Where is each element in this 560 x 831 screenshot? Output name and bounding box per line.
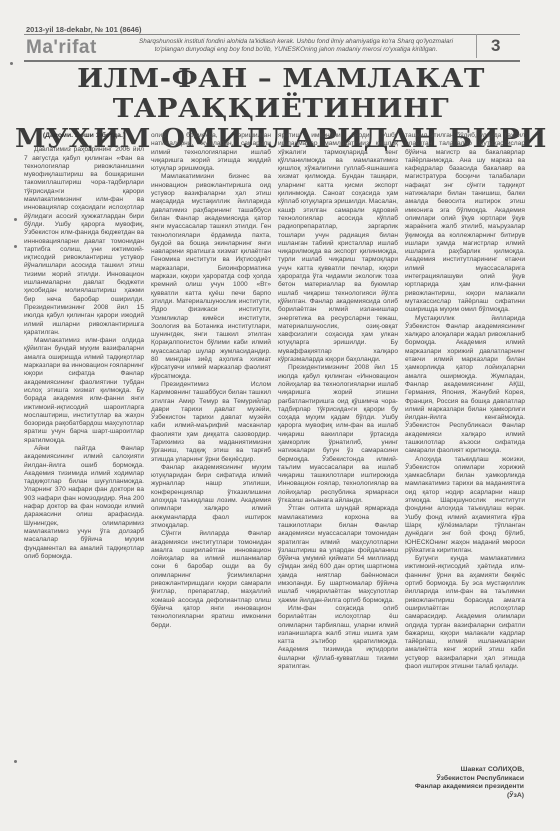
paragraph: Давлатимиз раҳбарининг 2006 йил 7 август… bbox=[24, 146, 144, 337]
paragraph: Айни пайтда Фанлар академиясининг илмий … bbox=[24, 445, 144, 561]
paragraph: яратиш имконини берди. Ушбу ишланмалар м… bbox=[278, 132, 398, 364]
newspaper-logo: Ma'rifat bbox=[26, 37, 97, 59]
article-column-1: (Давоми. Боши 1-бетда.) Давлатимиз раҳба… bbox=[24, 132, 144, 561]
binding-hole-mark bbox=[14, 245, 17, 248]
author-signature: Шавкат СОЛИҲОВ, Ўзбекистон Республикаси … bbox=[408, 766, 524, 800]
paragraph: Фанлар академиясининг муҳим ютуқларидан … bbox=[151, 464, 271, 530]
page-number: 3 bbox=[491, 36, 500, 56]
binding-hole-mark bbox=[10, 62, 13, 65]
news-source: (ЎзА) bbox=[408, 792, 524, 801]
paragraph: Бугунги кунда мамлакатимиз ижтимоий-иқти… bbox=[405, 555, 525, 671]
paragraph: Мамлакатимиз илм-фани олдида қўйилган бу… bbox=[24, 337, 144, 445]
paragraph: Президентимизнинг 2008 йил 15 июлда қабу… bbox=[278, 364, 398, 505]
article-column-4: ташкил этилган бўлиб, уларда таҳсил олаё… bbox=[405, 132, 525, 671]
paragraph: Ўтган олтита шундай ярмаркада мамлакатим… bbox=[278, 505, 398, 605]
paragraph: ташкил этилган бўлиб, уларда таҳсил олаё… bbox=[405, 132, 525, 315]
author-title-2: Фанлар академияси президенти bbox=[408, 783, 524, 792]
masthead: Ma'rifat Sharqshunoslik instituti fondin… bbox=[24, 34, 520, 60]
author-title-1: Ўзбекистон Республикаси bbox=[408, 775, 524, 784]
header-rule-bottom bbox=[24, 60, 520, 62]
headline-line-1: ИЛМ-ФАН – МАМЛАКАТ ТАРАҚҚИЁТИНИНГ bbox=[6, 64, 555, 124]
masthead-quote: Sharqshunoslik instituti fondini alohida… bbox=[136, 38, 456, 54]
binding-hole-mark bbox=[14, 218, 17, 221]
paragraph: Илм-фан соҳасида олиб борилаётган ислоҳо… bbox=[278, 605, 398, 671]
paragraph: Мамлакатимизни бизнес ва инновацион риво… bbox=[151, 173, 271, 380]
article-column-3: яратиш имконини берди. Ушбу ишланмалар м… bbox=[278, 132, 398, 671]
article-column-2: олиб бормоқда, эришилган натижаларни, жу… bbox=[151, 132, 271, 630]
binding-hole-mark bbox=[14, 760, 17, 763]
issue-dateline: 2013-yil 18-dekabr, № 101 (8646) bbox=[26, 25, 142, 34]
newspaper-page: 2013-yil 18-dekabr, № 101 (8646) Ma'rifa… bbox=[22, 0, 540, 831]
paragraph: Мустақиллик йилларида Ўзбекистон Фанлар … bbox=[405, 315, 525, 456]
paragraph: Президентимиз Ислом Каримовнинг ташаббус… bbox=[151, 381, 271, 464]
paragraph: олиб бормоқда, эришилган натижаларни, жу… bbox=[151, 132, 271, 173]
paragraph: Алоҳида таъкидлаш жоизки, Ўзбекистон оли… bbox=[405, 456, 525, 556]
continuation-note: (Давоми. Боши 1-бетда.) bbox=[24, 132, 144, 140]
page-number-box: 3 bbox=[476, 34, 521, 58]
author-name: Шавкат СОЛИҲОВ, bbox=[408, 766, 524, 775]
paragraph: Сўнгги йилларда Фанлар академияси инстит… bbox=[151, 530, 271, 630]
